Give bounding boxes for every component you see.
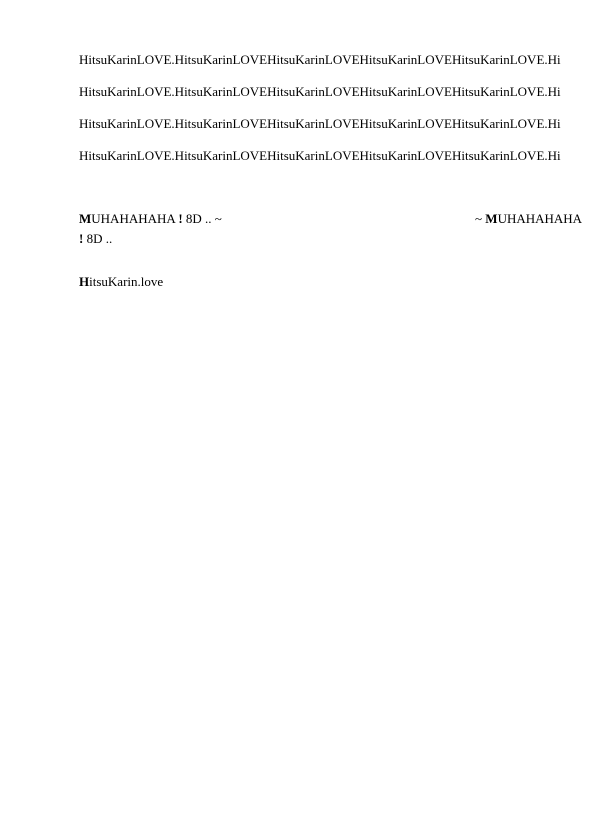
signature: HitsuKarin.love <box>79 273 163 291</box>
laugh-tail: 8D .. <box>83 231 112 246</box>
tilde: ~ <box>475 211 485 226</box>
repeated-love-line: HitsuKarinLOVE.HitsuKarinLOVEHitsuKarinL… <box>79 84 561 100</box>
laugh-text: UHAHAHAHA <box>91 211 178 226</box>
repeated-love-line: HitsuKarinLOVE.HitsuKarinLOVEHitsuKarinL… <box>79 148 561 164</box>
drop-initial: M <box>79 211 91 226</box>
laugh-tail: 8D .. ~ <box>183 211 222 226</box>
muhahaha-right: ~ MUHAHAHAHA <box>475 209 582 229</box>
muhahaha-line: MUHAHAHAHA ! 8D .. ~ <box>79 209 519 229</box>
document-page: HitsuKarinLOVE.HitsuKarinLOVEHitsuKarinL… <box>0 0 591 827</box>
signature-initial: H <box>79 274 89 289</box>
drop-initial: M <box>485 211 497 226</box>
repeated-love-line: HitsuKarinLOVE.HitsuKarinLOVEHitsuKarinL… <box>79 52 561 68</box>
muhahaha-paragraph: MUHAHAHAHA ! 8D .. ~ ~ MUHAHAHAHA ! 8D .… <box>79 209 519 249</box>
muhahaha-wrap-line: ! 8D .. <box>79 229 519 249</box>
repeated-love-line: HitsuKarinLOVE.HitsuKarinLOVEHitsuKarinL… <box>79 116 561 132</box>
laugh-text: UHAHAHAHA <box>498 211 583 226</box>
signature-text: itsuKarin.love <box>89 274 163 289</box>
